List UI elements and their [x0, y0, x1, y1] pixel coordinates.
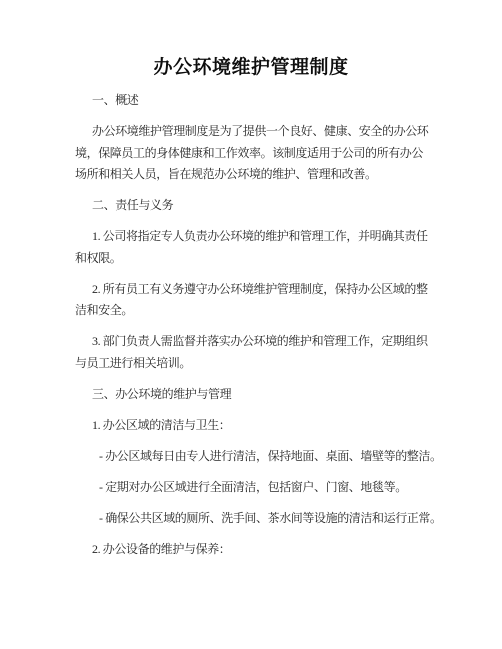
heading-maintenance: 三、办公环境的维护与管理	[75, 384, 427, 406]
para-equipment-heading: 2. 办公设备的维护与保养：	[75, 539, 427, 561]
document-title: 办公环境维护管理制度	[75, 54, 427, 81]
para-responsibility-1: 1. 公司将指定专人负责办公环境的维护和管理工作，并明确其责任 和权限。	[75, 226, 427, 269]
para-overview: 办公环境维护管理制度是为了提供一个良好、健康、安全的办公环 境，保障员工的身体健…	[75, 121, 427, 186]
para-cleaning-item-3: - 确保公共区域的厕所、洗手间、茶水间等设施的清洁和运行正常。	[75, 508, 427, 530]
document-page: 办公环境维护管理制度 一、概述办公环境维护管理制度是为了提供一个良好、健康、安全…	[0, 0, 502, 649]
para-responsibility-3: 3. 部门负责人需监督并落实办公环境的维护和管理工作，定期组织 与员工进行相关培…	[75, 331, 427, 374]
para-cleaning-item-2: - 定期对办公区域进行全面清洁，包括窗户、门窗、地毯等。	[75, 477, 427, 499]
para-responsibility-2: 2. 所有员工有义务遵守办公环境维护管理制度，保持办公区域的整 洁和安全。	[75, 279, 427, 322]
para-cleaning-heading: 1. 办公区域的清洁与卫生：	[75, 415, 427, 437]
para-cleaning-item-1: - 办公区域每日由专人进行清洁，保持地面、桌面、墙壁等的整洁。	[75, 446, 427, 468]
document-body: 一、概述办公环境维护管理制度是为了提供一个良好、健康、安全的办公环 境，保障员工…	[75, 90, 427, 560]
heading-responsibilities: 二、责任与义务	[75, 195, 427, 217]
heading-overview: 一、概述	[75, 90, 427, 112]
